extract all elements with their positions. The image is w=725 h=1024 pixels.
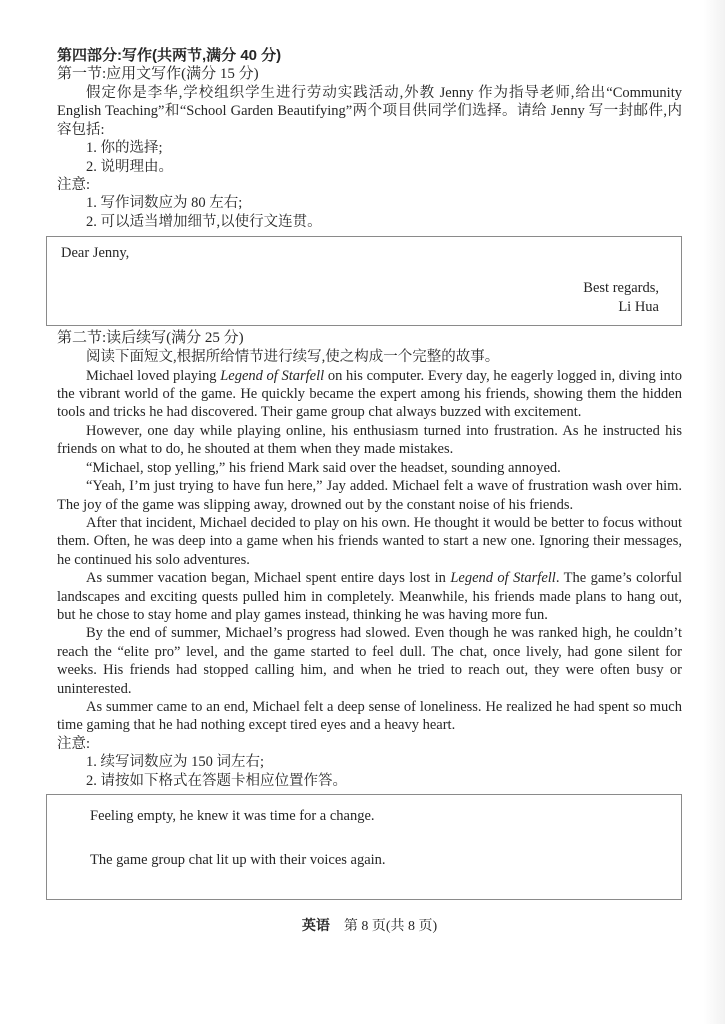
game-title-italic: Legend of Starfell bbox=[450, 570, 556, 586]
part2-notice-label: 注意: bbox=[57, 735, 682, 753]
reading-passage: Michael loved playing Legend of Starfell… bbox=[57, 367, 682, 735]
passage-paragraph: “Michael, stop yelling,” his friend Mark… bbox=[57, 459, 682, 477]
part1-notice-1: 1. 写作词数应为 80 左右; bbox=[86, 194, 682, 212]
continuation-opening-line-1: Feeling empty, he knew it was time for a… bbox=[61, 807, 659, 825]
passage-text: Michael loved playing bbox=[86, 368, 220, 384]
passage-paragraph: By the end of summer, Michael’s progress… bbox=[57, 624, 682, 698]
passage-text: “Michael, stop yelling,” his friend Mark… bbox=[86, 460, 561, 476]
passage-text: “Yeah, I’m just trying to have fun here,… bbox=[57, 478, 682, 512]
continuation-opening-line-2: The game group chat lit up with their vo… bbox=[61, 851, 659, 869]
part1-notice-label: 注意: bbox=[57, 176, 682, 194]
passage-paragraph: However, one day while playing online, h… bbox=[57, 422, 682, 459]
exam-page: 第四部分:写作(共两节,满分 40 分) 第一节:应用文写作(满分 15 分) … bbox=[0, 0, 725, 936]
continuation-answer-box: Feeling empty, he knew it was time for a… bbox=[46, 794, 682, 900]
letter-answer-box: Dear Jenny, Best regards, Li Hua bbox=[46, 236, 682, 326]
passage-paragraph: After that incident, Michael decided to … bbox=[57, 514, 682, 569]
part2-notice-1: 1. 续写词数应为 150 词左右; bbox=[86, 753, 682, 771]
letter-closing: Best regards, bbox=[61, 279, 659, 297]
part2-notice-2: 2. 请按如下格式在答题卡相应位置作答。 bbox=[86, 772, 682, 790]
passage-text: As summer vacation began, Michael spent … bbox=[86, 570, 450, 586]
passage-text: However, one day while playing online, h… bbox=[57, 423, 682, 457]
part1-point-2: 2. 说明理由。 bbox=[86, 158, 682, 176]
part2-heading: 第二节:读后续写(满分 25 分) bbox=[57, 329, 682, 348]
part2-instruction: 阅读下面短文,根据所给情节进行续写,使之构成一个完整的故事。 bbox=[57, 348, 682, 366]
game-title-italic: Legend of Starfell bbox=[220, 368, 324, 384]
letter-writing-space bbox=[61, 263, 659, 280]
passage-text: As summer came to an end, Michael felt a… bbox=[57, 699, 682, 733]
footer-page-info: 第 8 页(共 8 页) bbox=[344, 919, 437, 934]
passage-paragraph: Michael loved playing Legend of Starfell… bbox=[57, 367, 682, 422]
passage-paragraph: As summer vacation began, Michael spent … bbox=[57, 569, 682, 624]
letter-signature: Li Hua bbox=[61, 298, 659, 316]
part1-point-1: 1. 你的选择; bbox=[86, 139, 682, 157]
part1-prompt: 假定你是李华,学校组织学生进行劳动实践活动,外教 Jenny 作为指导老师,给出… bbox=[57, 84, 682, 139]
section-title: 第四部分:写作(共两节,满分 40 分) bbox=[57, 46, 682, 65]
letter-salutation: Dear Jenny, bbox=[61, 244, 659, 262]
passage-text: By the end of summer, Michael’s progress… bbox=[57, 625, 682, 696]
passage-paragraph: “Yeah, I’m just trying to have fun here,… bbox=[57, 477, 682, 514]
part1-heading: 第一节:应用文写作(满分 15 分) bbox=[57, 65, 682, 84]
part1-notice-2: 2. 可以适当增加细节,以使行文连贯。 bbox=[86, 213, 682, 231]
page-footer: 英语第 8 页(共 8 页) bbox=[57, 916, 682, 936]
footer-subject: 英语 bbox=[302, 917, 330, 933]
passage-paragraph: As summer came to an end, Michael felt a… bbox=[57, 698, 682, 735]
passage-text: After that incident, Michael decided to … bbox=[57, 515, 682, 568]
